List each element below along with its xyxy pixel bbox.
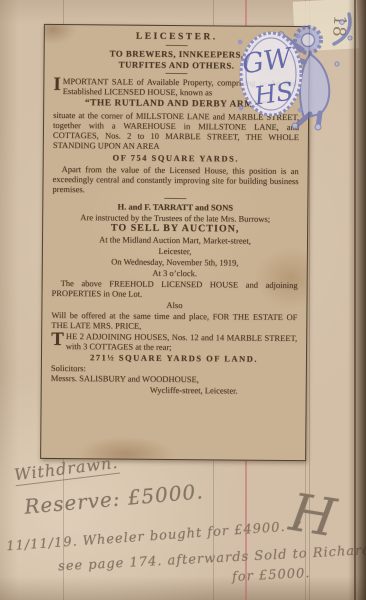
clipping-houses-paragraph: THE 2 ADJOINING HOUSES, Nos. 12 and 14 M… <box>51 331 297 353</box>
scrapbook-page: 18 LEICESTER. TO BREWERS, INNKEEPERS, TU… <box>0 0 366 600</box>
gwhs-stamp-icon: GW HS <box>238 12 360 132</box>
handwriting-sale-date: 11/11/19. <box>6 534 78 554</box>
clipping-estate-note: Will be offered at the same time and pla… <box>51 310 297 332</box>
handwriting-flourish-mark: H <box>286 483 340 549</box>
clipping-area-line: OF 754 SQUARE YARDS. <box>53 152 299 164</box>
handwriting-followup-line2: for £5000. <box>232 566 311 585</box>
stamp-monogram-bottom: HS <box>252 77 296 111</box>
page-edge-line <box>354 0 356 600</box>
clipping-land-area: 271½ SQUARE YARDS OF LAND. <box>51 352 297 364</box>
divider-rule <box>164 198 186 199</box>
clipping-houses-text: HE 2 ADJOINING HOUSES, Nos. 12 and 14 MA… <box>66 331 297 352</box>
clipping-solicitors-line1: Messrs. SALISBURY and WOODHOUSE, <box>51 373 297 385</box>
stamp-oval-monogram: GW HS <box>238 32 303 116</box>
divider-rule <box>165 73 187 74</box>
handwriting-sale-note: Wheeler bought for £4900. ✓ <box>82 519 303 549</box>
page-edge-shadow <box>348 0 366 600</box>
drop-cap: I <box>53 77 61 93</box>
clipping-position-note: Apart from the value of the Licensed Hou… <box>52 164 298 196</box>
divider-rule <box>166 45 188 46</box>
clipping-solicitors-line2: Wycliffe-street, Leicester. <box>51 384 297 396</box>
clipping-lot-note: The above FREEHOLD LICENSED HOUSE and ad… <box>52 278 298 300</box>
clipping-also-line: Also <box>51 299 297 311</box>
drop-cap: T <box>51 332 64 348</box>
handwriting-reserve: Reserve: £5000. <box>23 479 204 519</box>
